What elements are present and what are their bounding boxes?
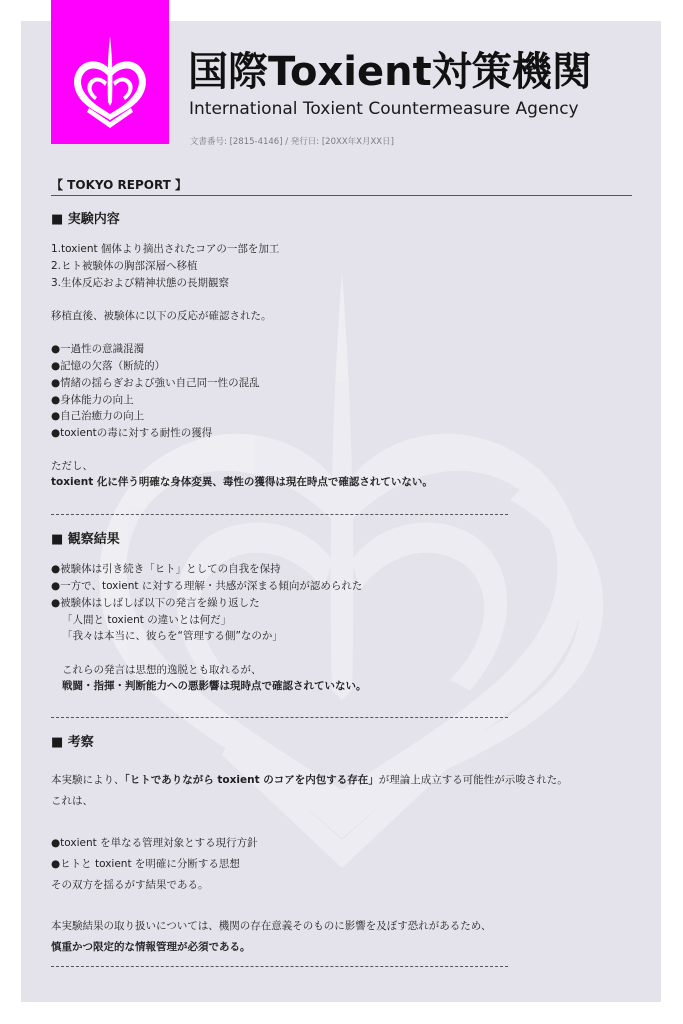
discussion-line-1-pre: 本実験により、 (51, 774, 125, 786)
reaction-item: ●一過性の意識混濁 (51, 341, 144, 356)
header-divider (51, 195, 632, 196)
discussion-line-1-emphasis: 「ヒトでありながら toxient のコアを内包する存在」 (125, 774, 379, 786)
discussion-line-1-post: が理論上成立する可能性が示唆された。 (379, 774, 568, 786)
section-divider (51, 514, 508, 515)
observation-item: ●被験体はしばしば以下の発言を繰り返した (51, 595, 260, 610)
section-divider (51, 966, 508, 967)
discussion-line-2: これは、 (51, 793, 93, 808)
observation-quote: 「我々は本当に、彼らを“管理する側”なのか」 (62, 628, 283, 643)
reaction-item: ●情緒の揺らぎおよび強い自己同一性の混乱 (51, 375, 260, 390)
observation-item: ●被験体は引き続き「ヒト」としての自我を保持 (51, 561, 281, 576)
discussion-line-1: 本実験により、「ヒトでありながら toxient のコアを内包する存在」が理論上… (51, 772, 568, 787)
section-heading-discussion: ■ 考察 (51, 731, 94, 750)
reaction-item: ●toxientの毒に対する耐性の獲得 (51, 425, 212, 440)
observation-quote: 「人間と toxient の違いとは何だ」 (62, 612, 231, 627)
observation-remark: これらの発言は思想的逸脱とも取れるが、 (62, 662, 262, 677)
discussion-final-1: 本実験結果の取り扱いについては、機関の存在意義そのものに影響を及ぼす恐れがあるた… (51, 918, 491, 933)
section-heading-experiment: ■ 実験内容 (51, 208, 120, 227)
discussion-final-2: 慎重かつ限定的な情報管理が必須である。 (51, 939, 251, 954)
discussion-conclusion: その双方を揺るがす結果である。 (51, 877, 209, 892)
experiment-step: 3.生体反応および精神状態の長期観察 (51, 275, 229, 290)
experiment-note: toxient 化に伴う明確な身体変異、毒性の獲得は現在時点で確認されていない。 (51, 474, 433, 489)
agency-title: 国際Toxient対策機関 (188, 48, 592, 96)
experiment-note-lead: ただし、 (51, 458, 93, 473)
reaction-item: ●記憶の欠落（断続的） (51, 358, 165, 373)
reaction-item: ●身体能力の向上 (51, 392, 134, 407)
heart-spike-emblem-icon (69, 34, 151, 130)
experiment-intro: 移植直後、被験体に以下の反応が確認された。 (51, 308, 272, 323)
observation-remark-bold: 戦闘・指揮・判断能力への悪影響は現時点で確認されていない。 (62, 678, 367, 693)
experiment-step: 1.toxient 個体より摘出されたコアの一部を加工 (51, 241, 279, 256)
discussion-item: ●ヒトと toxient を明確に分断する思想 (51, 856, 240, 871)
agency-subtitle: International Toxient Countermeasure Age… (189, 98, 579, 120)
discussion-item: ●toxient を単なる管理対象とする現行方針 (51, 835, 258, 850)
reaction-item: ●自己治癒力の向上 (51, 408, 144, 423)
section-heading-observation: ■ 観察結果 (51, 528, 120, 547)
observation-item: ●一方で、toxient に対する理解・共感が深まる傾向が認められた (51, 578, 362, 593)
logo-block (51, 0, 169, 144)
report-label: 【 TOKYO REPORT 】 (51, 176, 187, 193)
document-meta: 文書番号: [2815-4146] / 発行日: [20XX年X月XX日] (190, 135, 394, 147)
experiment-step: 2.ヒト被験体の胸部深層へ移植 (51, 258, 198, 273)
section-divider (51, 717, 508, 718)
document-panel (21, 21, 661, 1002)
